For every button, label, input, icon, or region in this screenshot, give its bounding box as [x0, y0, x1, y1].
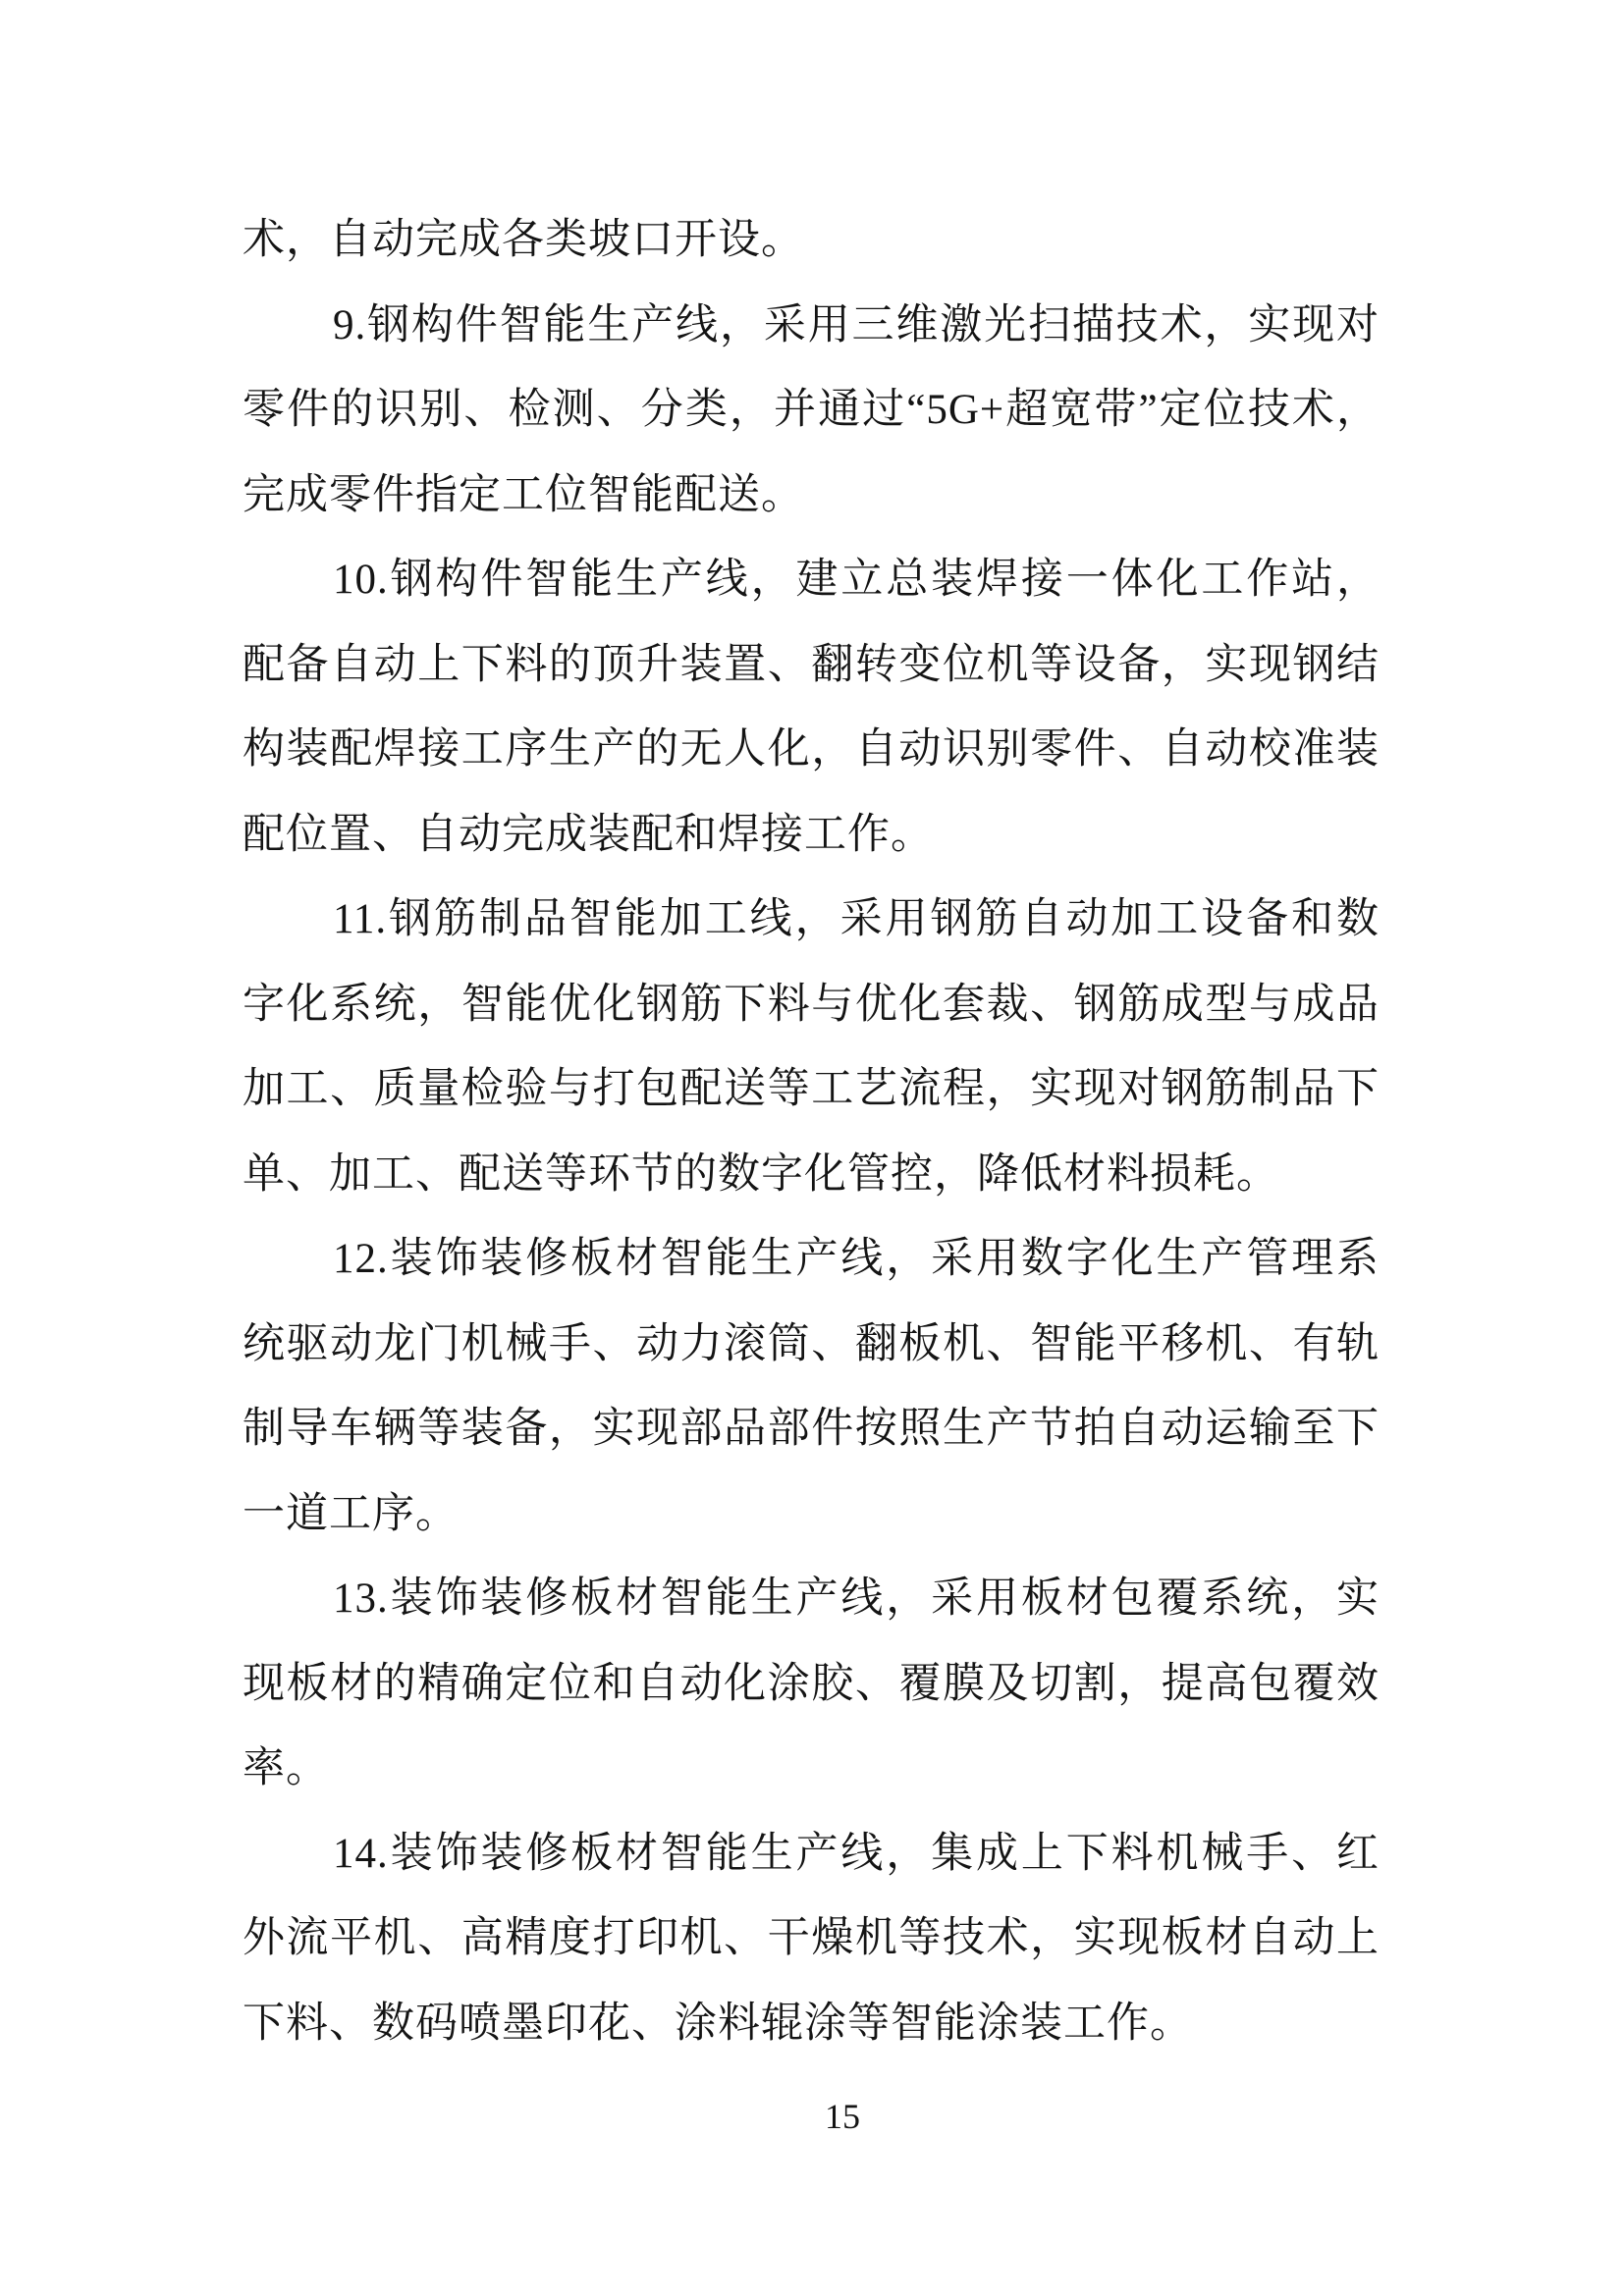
text-line: 字化系统，智能优化钢筋下料与优化套裁、钢筋成型与成品: [243, 963, 1380, 1048]
text-line: 完成零件指定工位智能配送。: [243, 454, 1380, 539]
text-line: 12.装饰装修板材智能生产线，采用数字化生产管理系: [243, 1217, 1380, 1303]
text-line: 构装配焊接工序生产的无人化，自动识别零件、自动校准装: [243, 708, 1380, 793]
paragraph-item-10: 10.钢构件智能生产线，建立总装焊接一体化工作站， 配备自动上下料的顶升装置、翻…: [243, 538, 1380, 878]
text-line: 制导车辆等装备，实现部品部件按照生产节拍自动运输至下: [243, 1387, 1380, 1472]
text-line: 13.装饰装修板材智能生产线，采用板材包覆系统，实: [243, 1557, 1380, 1642]
text-line: 一道工序。: [243, 1472, 1380, 1558]
paragraph-item-11: 11.钢筋制品智能加工线，采用钢筋自动加工设备和数 字化系统，智能优化钢筋下料与…: [243, 878, 1380, 1217]
text-line: 统驱动龙门机械手、动力滚筒、翻板机、智能平移机、有轨: [243, 1303, 1380, 1388]
text-line: 配位置、自动完成装配和焊接工作。: [243, 793, 1380, 879]
paragraph-item-14: 14.装饰装修板材智能生产线，集成上下料机械手、红 外流平机、高精度打印机、干燥…: [243, 1812, 1380, 2067]
text-line: 10.钢构件智能生产线，建立总装焊接一体化工作站，: [243, 538, 1380, 623]
text-line: 14.装饰装修板材智能生产线，集成上下料机械手、红: [243, 1812, 1380, 1897]
text-line: 下料、数码喷墨印花、涂料辊涂等智能涂装工作。: [243, 1982, 1380, 2067]
text-line: 外流平机、高精度打印机、干燥机等技术，实现板材自动上: [243, 1896, 1380, 1982]
paragraph-item-13: 13.装饰装修板材智能生产线，采用板材包覆系统，实 现板材的精确定位和自动化涂胶…: [243, 1557, 1380, 1812]
text-line: 术，自动完成各类坡口开设。: [243, 198, 1380, 284]
text-line: 零件的识别、检测、分类，并通过“5G+超宽带”定位技术，: [243, 368, 1380, 454]
text-line: 现板材的精确定位和自动化涂胶、覆膜及切割，提高包覆效: [243, 1642, 1380, 1728]
page-number: 15: [764, 2091, 921, 2142]
document-page: 术，自动完成各类坡口开设。 9.钢构件智能生产线，采用三维激光扫描技术，实现对 …: [0, 0, 1624, 2296]
text-line: 加工、质量检验与打包配送等工艺流程，实现对钢筋制品下: [243, 1047, 1380, 1133]
text-line: 率。: [243, 1727, 1380, 1812]
paragraph-continuation: 术，自动完成各类坡口开设。: [243, 198, 1380, 284]
text-line: 11.钢筋制品智能加工线，采用钢筋自动加工设备和数: [243, 878, 1380, 963]
text-line: 配备自动上下料的顶升装置、翻转变位机等设备，实现钢结: [243, 623, 1380, 709]
text-line: 9.钢构件智能生产线，采用三维激光扫描技术，实现对: [243, 284, 1380, 369]
document-body: 术，自动完成各类坡口开设。 9.钢构件智能生产线，采用三维激光扫描技术，实现对 …: [243, 198, 1380, 2066]
paragraph-item-12: 12.装饰装修板材智能生产线，采用数字化生产管理系 统驱动龙门机械手、动力滚筒、…: [243, 1217, 1380, 1557]
paragraph-item-9: 9.钢构件智能生产线，采用三维激光扫描技术，实现对 零件的识别、检测、分类，并通…: [243, 284, 1380, 539]
text-line: 单、加工、配送等环节的数字化管控，降低材料损耗。: [243, 1133, 1380, 1218]
